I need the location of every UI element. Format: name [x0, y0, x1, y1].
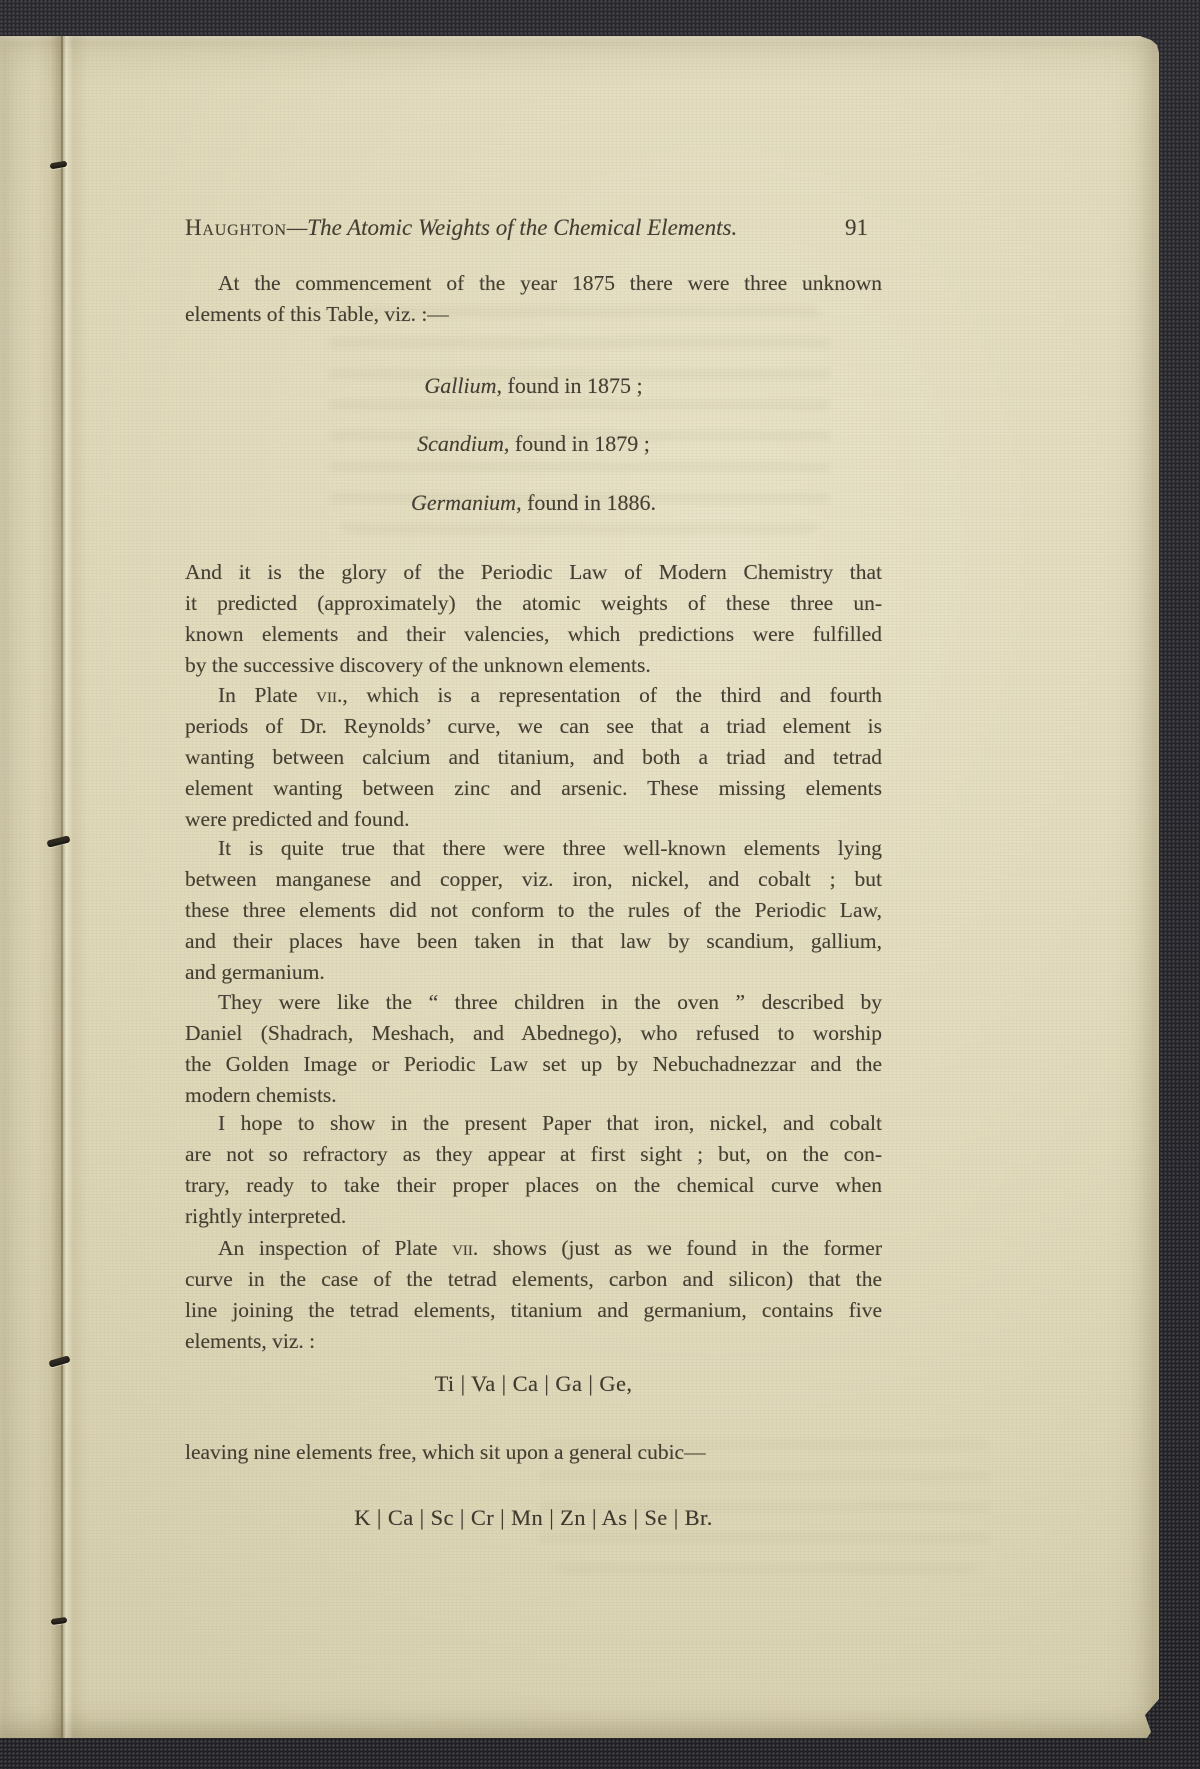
text-line: Gallium, found in 1875 ;: [185, 370, 882, 401]
text-line: line joining the tetrad elements, titani…: [185, 1295, 882, 1326]
text-line: And it is the glory of the Periodic Law …: [185, 557, 882, 588]
element-sequence-cubic: K | Ca | Sc | Cr | Mn | Zn | As | Se | B…: [185, 1502, 882, 1533]
book-page: Haughton—The Atomic Weights of the Chemi…: [0, 36, 1159, 1738]
text-line: element wanting between zinc and arsenic…: [185, 773, 882, 804]
text-line: It is quite true that there were three w…: [185, 833, 882, 864]
stitch-thread: [46, 835, 70, 847]
paragraph: And it is the glory of the Periodic Law …: [185, 557, 882, 681]
text-line: I hope to show in the present Paper that…: [185, 1108, 882, 1139]
text-line: between manganese and copper, viz. iron,…: [185, 864, 882, 895]
text-line: They were like the “ three children in t…: [185, 987, 882, 1018]
author-name: Haughton: [185, 215, 287, 240]
italic-text: Germanium: [411, 490, 516, 515]
binding-crease: [61, 36, 63, 1738]
text-line: curve in the case of the tetrad elements…: [185, 1264, 882, 1295]
paragraph: They were like the “ three children in t…: [185, 987, 882, 1111]
italic-text: Gallium: [424, 373, 496, 398]
text-line: Daniel (Shadrach, Meshach, and Abednego)…: [185, 1018, 882, 1049]
text-line: Scandium, found in 1879 ;: [185, 428, 882, 459]
text-line: and their places have been taken in that…: [185, 926, 882, 957]
stitch-thread: [48, 1355, 70, 1368]
text-segment: , found in 1875 ;: [497, 373, 643, 398]
text-line: Ti | Va | Ca | Ga | Ge,: [185, 1368, 882, 1399]
text-line: these three elements did not conform to …: [185, 895, 882, 926]
running-header: Haughton—The Atomic Weights of the Chemi…: [185, 213, 882, 243]
text-segment: An inspection of Plate: [218, 1236, 452, 1260]
paragraph: At the commencement of the year 1875 the…: [185, 268, 882, 330]
text-segment: , found in 1879 ;: [504, 431, 650, 456]
page-number: 91: [845, 213, 882, 243]
element-sequence-tetrad: Ti | Va | Ca | Ga | Ge,: [185, 1368, 882, 1399]
text-line: it predicted (approximately) the atomic …: [185, 588, 882, 619]
text-segment: , found in 1886.: [516, 490, 656, 515]
text-line: wanting between calcium and titanium, an…: [185, 742, 882, 773]
stitch-thread: [50, 161, 68, 170]
text-line: elements, viz. :: [185, 1326, 882, 1357]
discovery-line-gallium: Gallium, found in 1875 ;: [185, 370, 882, 401]
binding-gutter: [36, 36, 88, 1738]
paragraph: leaving nine elements free, which sit up…: [185, 1437, 882, 1468]
text-line: by the successive discovery of the unkno…: [185, 650, 882, 681]
discovery-line-scandium: Scandium, found in 1879 ;: [185, 428, 882, 459]
text-line: are not so refractory as they appear at …: [185, 1139, 882, 1170]
text-line: and germanium.: [185, 957, 882, 988]
small-caps-text: vii.: [316, 683, 342, 707]
small-caps-text: vii.: [452, 1236, 478, 1260]
stitch-thread: [51, 1617, 68, 1625]
paragraph: An inspection of Plate vii. shows (just …: [185, 1233, 882, 1357]
text-line: elements of this Table, viz. :—: [185, 299, 882, 330]
text-segment: shows (just as we found in the former: [478, 1236, 882, 1260]
text-line: were predicted and found.: [185, 804, 882, 835]
text-column: Haughton—The Atomic Weights of the Chemi…: [185, 36, 882, 1738]
text-line: An inspection of Plate vii. shows (just …: [185, 1233, 882, 1264]
text-segment: In Plate: [218, 683, 316, 707]
text-line: trary, ready to take their proper places…: [185, 1170, 882, 1201]
text-line: known elements and their valencies, whic…: [185, 619, 882, 650]
text-line: K | Ca | Sc | Cr | Mn | Zn | As | Se | B…: [185, 1502, 882, 1533]
paper-title: —The Atomic Weights of the Chemical Elem…: [287, 215, 737, 240]
text-line: rightly interpreted.: [185, 1201, 882, 1232]
running-title: Haughton—The Atomic Weights of the Chemi…: [185, 213, 737, 243]
text-line: periods of Dr. Reynolds’ curve, we can s…: [185, 711, 882, 742]
paragraph: In Plate vii., which is a representation…: [185, 680, 882, 835]
text-segment: , which is a representation of the third…: [342, 683, 882, 707]
text-line: the Golden Image or Periodic Law set up …: [185, 1049, 882, 1080]
discovery-line-germanium: Germanium, found in 1886.: [185, 487, 882, 518]
text-line: At the commencement of the year 1875 the…: [185, 268, 882, 299]
paragraph: It is quite true that there were three w…: [185, 833, 882, 988]
text-line: Germanium, found in 1886.: [185, 487, 882, 518]
text-line: modern chemists.: [185, 1080, 882, 1111]
paragraph: I hope to show in the present Paper that…: [185, 1108, 882, 1232]
text-line: In Plate vii., which is a representation…: [185, 680, 882, 711]
italic-text: Scandium: [417, 431, 504, 456]
text-line: leaving nine elements free, which sit up…: [185, 1437, 882, 1468]
